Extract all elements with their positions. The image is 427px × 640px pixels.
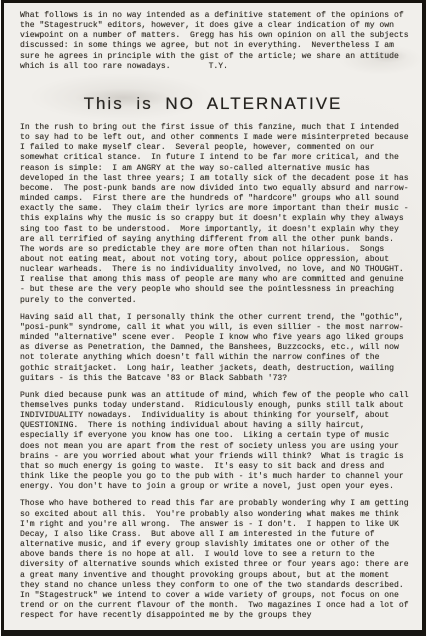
body-paragraph-2: Having said all that, I personally think… bbox=[20, 313, 412, 384]
body-paragraph-3: Punk died because punk was an attitude o… bbox=[20, 391, 412, 493]
article-title: This is NO ALTERNATIVE bbox=[20, 94, 406, 114]
body-paragraph-4: Those who have bothered to read this far… bbox=[20, 499, 412, 621]
body-paragraph-1: In the rush to bring out the first issue… bbox=[20, 123, 412, 306]
page-frame: What follows is in no way intended as a … bbox=[1, 0, 426, 636]
intro-paragraph: What follows is in no way intended as a … bbox=[20, 11, 412, 72]
author-initials: T.Y. bbox=[209, 62, 228, 72]
scan-page: What follows is in no way intended as a … bbox=[0, 0, 427, 640]
